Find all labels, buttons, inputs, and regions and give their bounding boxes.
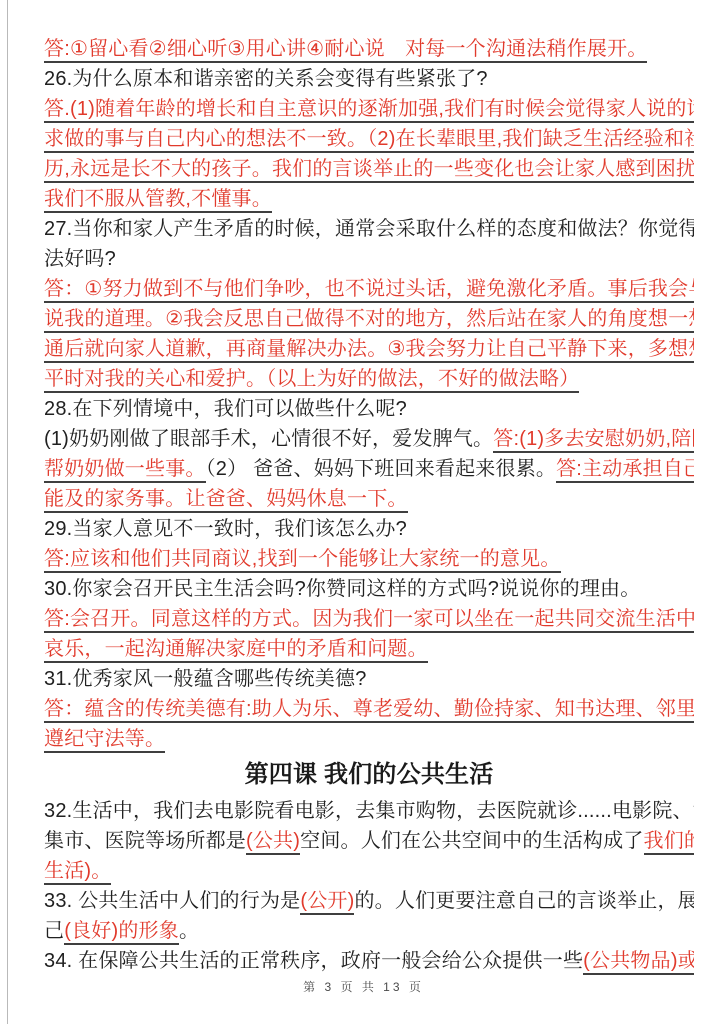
answer-text: 平时对我的关心和爱护。（以上为好的做法，不好的做法略） <box>44 368 579 393</box>
text-line: 我们不服从管教,不懂事。 <box>44 184 694 214</box>
question-text: 34. 在保障公共生活的正常秩序，政府一般会给公众提供一些 <box>44 950 583 972</box>
text-line: 答:①留心看②细心听③用心讲④耐心说 对每一个沟通法稍作展开。 <box>44 34 694 64</box>
answer-text: 答.(1)随着年龄的增长和自主意识的逐渐加强,我们有时候会觉得家人说的话和要 <box>44 98 694 123</box>
text-line: 能及的家务事。让爸爸、妈妈休息一下。 <box>44 484 694 514</box>
text-line: (1)奶奶刚做了眼部手术，心情很不好，爱发脾气。答:(1)多去安慰奶奶,陪陪奶奶… <box>44 424 694 454</box>
answer-text: 答:会召开。同意这样的方式。因为我们一家可以坐在一起共同交流生活中的喜怒 <box>44 608 694 633</box>
text-line: 遵纪守法等。 <box>44 724 694 754</box>
text-line: 生活)。 <box>44 856 694 886</box>
page-edge-line <box>7 0 8 1024</box>
text-line: 帮奶奶做一些事。（2） 爸爸、妈妈下班回来看起来很累。答:主动承担自己力所 <box>44 454 694 484</box>
answer-text: 说我的道理。②我会反思自己做得不对的地方，然后站在家人的角度想一想，想 <box>44 308 694 333</box>
text-line: 平时对我的关心和爱护。（以上为好的做法，不好的做法略） <box>44 364 694 394</box>
answer-text: 我们不服从管教,不懂事。 <box>44 188 272 213</box>
answer-text: 帮奶奶做一些事。 <box>44 458 206 483</box>
question-text: 29.当家人意见不一致时，我们该怎么办? <box>44 518 407 540</box>
answer-text: 遵纪守法等。 <box>44 728 165 753</box>
text-line: 27.当你和家人产生矛盾的时候，通常会采取什么样的态度和做法？你觉得这种方 <box>44 214 694 244</box>
answer-text: (良好)的形象 <box>64 920 179 945</box>
question-text: 。 <box>179 920 199 942</box>
question-text: 的。人们更要注意自己的言谈举止，展示自 <box>354 890 694 912</box>
question-text: （2） 爸爸、妈妈下班回来看起来很累。 <box>206 458 556 480</box>
question-text: 己 <box>44 920 64 942</box>
page-number: 第 3 页 共 13 页 <box>0 978 727 995</box>
answer-text: 答:①留心看②细心听③用心讲④耐心说 对每一个沟通法稍作展开。 <box>44 38 647 63</box>
question-text: 集市、医院等场所都是 <box>44 830 246 852</box>
answer-text: 历,永远是长不大的孩子。我们的言谈举止的一些变化也会让家人感到困扰,觉得 <box>44 158 694 183</box>
answer-text: (公开) <box>300 890 354 915</box>
question-text: 空间。人们在公共空间中的生活构成了 <box>300 830 643 852</box>
text-line: 33. 公共生活中人们的行为是(公开)的。人们更要注意自己的言谈举止，展示自 <box>44 886 694 916</box>
answer-text: 答：①努力做到不与他们争吵，也不说过头话，避免激化矛盾。事后我会与他们 <box>44 278 694 303</box>
answer-text: (公共) <box>246 830 300 855</box>
text-line: 说我的道理。②我会反思自己做得不对的地方，然后站在家人的角度想一想，想 <box>44 304 694 334</box>
question-text: 27.当你和家人产生矛盾的时候，通常会采取什么样的态度和做法？你觉得这种方 <box>44 218 694 240</box>
question-text: 31.优秀家风一般蕴含哪些传统美德? <box>44 668 367 690</box>
answer-text: 能及的家务事。让爸爸、妈妈休息一下。 <box>44 488 408 513</box>
answer-text: 答:(1)多去安慰奶奶,陪陪奶奶。 <box>493 428 694 453</box>
text-line: 答:应该和他们共同商议,找到一个能够让大家统一的意见。 <box>44 544 694 574</box>
question-text: 33. 公共生活中人们的行为是 <box>44 890 300 912</box>
text-line: 历,永远是长不大的孩子。我们的言谈举止的一些变化也会让家人感到困扰,觉得 <box>44 154 694 184</box>
text-line: 34. 在保障公共生活的正常秩序，政府一般会给公众提供一些(公共物品)或(设备)… <box>44 946 694 976</box>
text-line: 32.生活中，我们去电影院看电影，去集市购物，去医院就诊......电影院、博物… <box>44 796 694 826</box>
text-line: 答：①努力做到不与他们争吵，也不说过头话，避免激化矛盾。事后我会与他们 <box>44 274 694 304</box>
text-line: 28.在下列情境中，我们可以做些什么呢? <box>44 394 694 424</box>
text-line: 答：蕴含的传统美德有:助人为乐、尊老爱幼、勤俭持家、知书达理、邻里团结、 <box>44 694 694 724</box>
text-line: 31.优秀家风一般蕴含哪些传统美德? <box>44 664 694 694</box>
answer-text: 生活)。 <box>44 860 111 885</box>
answer-text: 答：蕴含的传统美德有:助人为乐、尊老爱幼、勤俭持家、知书达理、邻里团结、 <box>44 698 694 723</box>
answer-text: 我们的(公共 <box>644 830 694 855</box>
text-line: 求做的事与自己内心的想法不一致。（2)在长辈眼里,我们缺乏生活经验和社会阅 <box>44 124 694 154</box>
question-text: 28.在下列情境中，我们可以做些什么呢? <box>44 398 407 420</box>
question-text: 32.生活中，我们去电影院看电影，去集市购物，去医院就诊......电影院、博物… <box>44 800 694 822</box>
text-line: 法好吗? <box>44 244 694 274</box>
section-heading: 第四课 我们的公共生活 <box>44 754 694 796</box>
answer-text: 答:应该和他们共同商议,找到一个能够让大家统一的意见。 <box>44 548 561 573</box>
document-body: 答:①留心看②细心听③用心讲④耐心说 对每一个沟通法稍作展开。26.为什么原本和… <box>44 34 694 976</box>
text-line: 通后就向家人道歉，再商量解决办法。③我会努力让自己平静下来，多想想他们 <box>44 334 694 364</box>
text-line: 26.为什么原本和谐亲密的关系会变得有些紧张了? <box>44 64 694 94</box>
answer-text: 求做的事与自己内心的想法不一致。（2)在长辈眼里,我们缺乏生活经验和社会阅 <box>44 128 694 153</box>
text-line: 答:会召开。同意这样的方式。因为我们一家可以坐在一起共同交流生活中的喜怒 <box>44 604 694 634</box>
text-line: 30.你家会召开民主生活会吗?你赞同这样的方式吗?说说你的理由。 <box>44 574 694 604</box>
question-text: 30.你家会召开民主生活会吗?你赞同这样的方式吗?说说你的理由。 <box>44 578 640 600</box>
question-text: 法好吗? <box>44 248 116 270</box>
answer-text: 通后就向家人道歉，再商量解决办法。③我会努力让自己平静下来，多想想他们 <box>44 338 694 363</box>
answer-text: (公共物品)或(设备) <box>583 950 694 975</box>
answer-text: 哀乐，一起沟通解决家庭中的矛盾和问题。 <box>44 638 428 663</box>
question-text: (1)奶奶刚做了眼部手术，心情很不好，爱发脾气。 <box>44 428 493 450</box>
text-line: 答.(1)随着年龄的增长和自主意识的逐渐加强,我们有时候会觉得家人说的话和要 <box>44 94 694 124</box>
question-text: 26.为什么原本和谐亲密的关系会变得有些紧张了? <box>44 68 488 90</box>
text-line: 己(良好)的形象。 <box>44 916 694 946</box>
text-line: 集市、医院等场所都是(公共)空间。人们在公共空间中的生活构成了我们的(公共 <box>44 826 694 856</box>
text-line: 哀乐，一起沟通解决家庭中的矛盾和问题。 <box>44 634 694 664</box>
answer-text: 答:主动承担自己力所 <box>556 458 694 483</box>
text-line: 29.当家人意见不一致时，我们该怎么办? <box>44 514 694 544</box>
